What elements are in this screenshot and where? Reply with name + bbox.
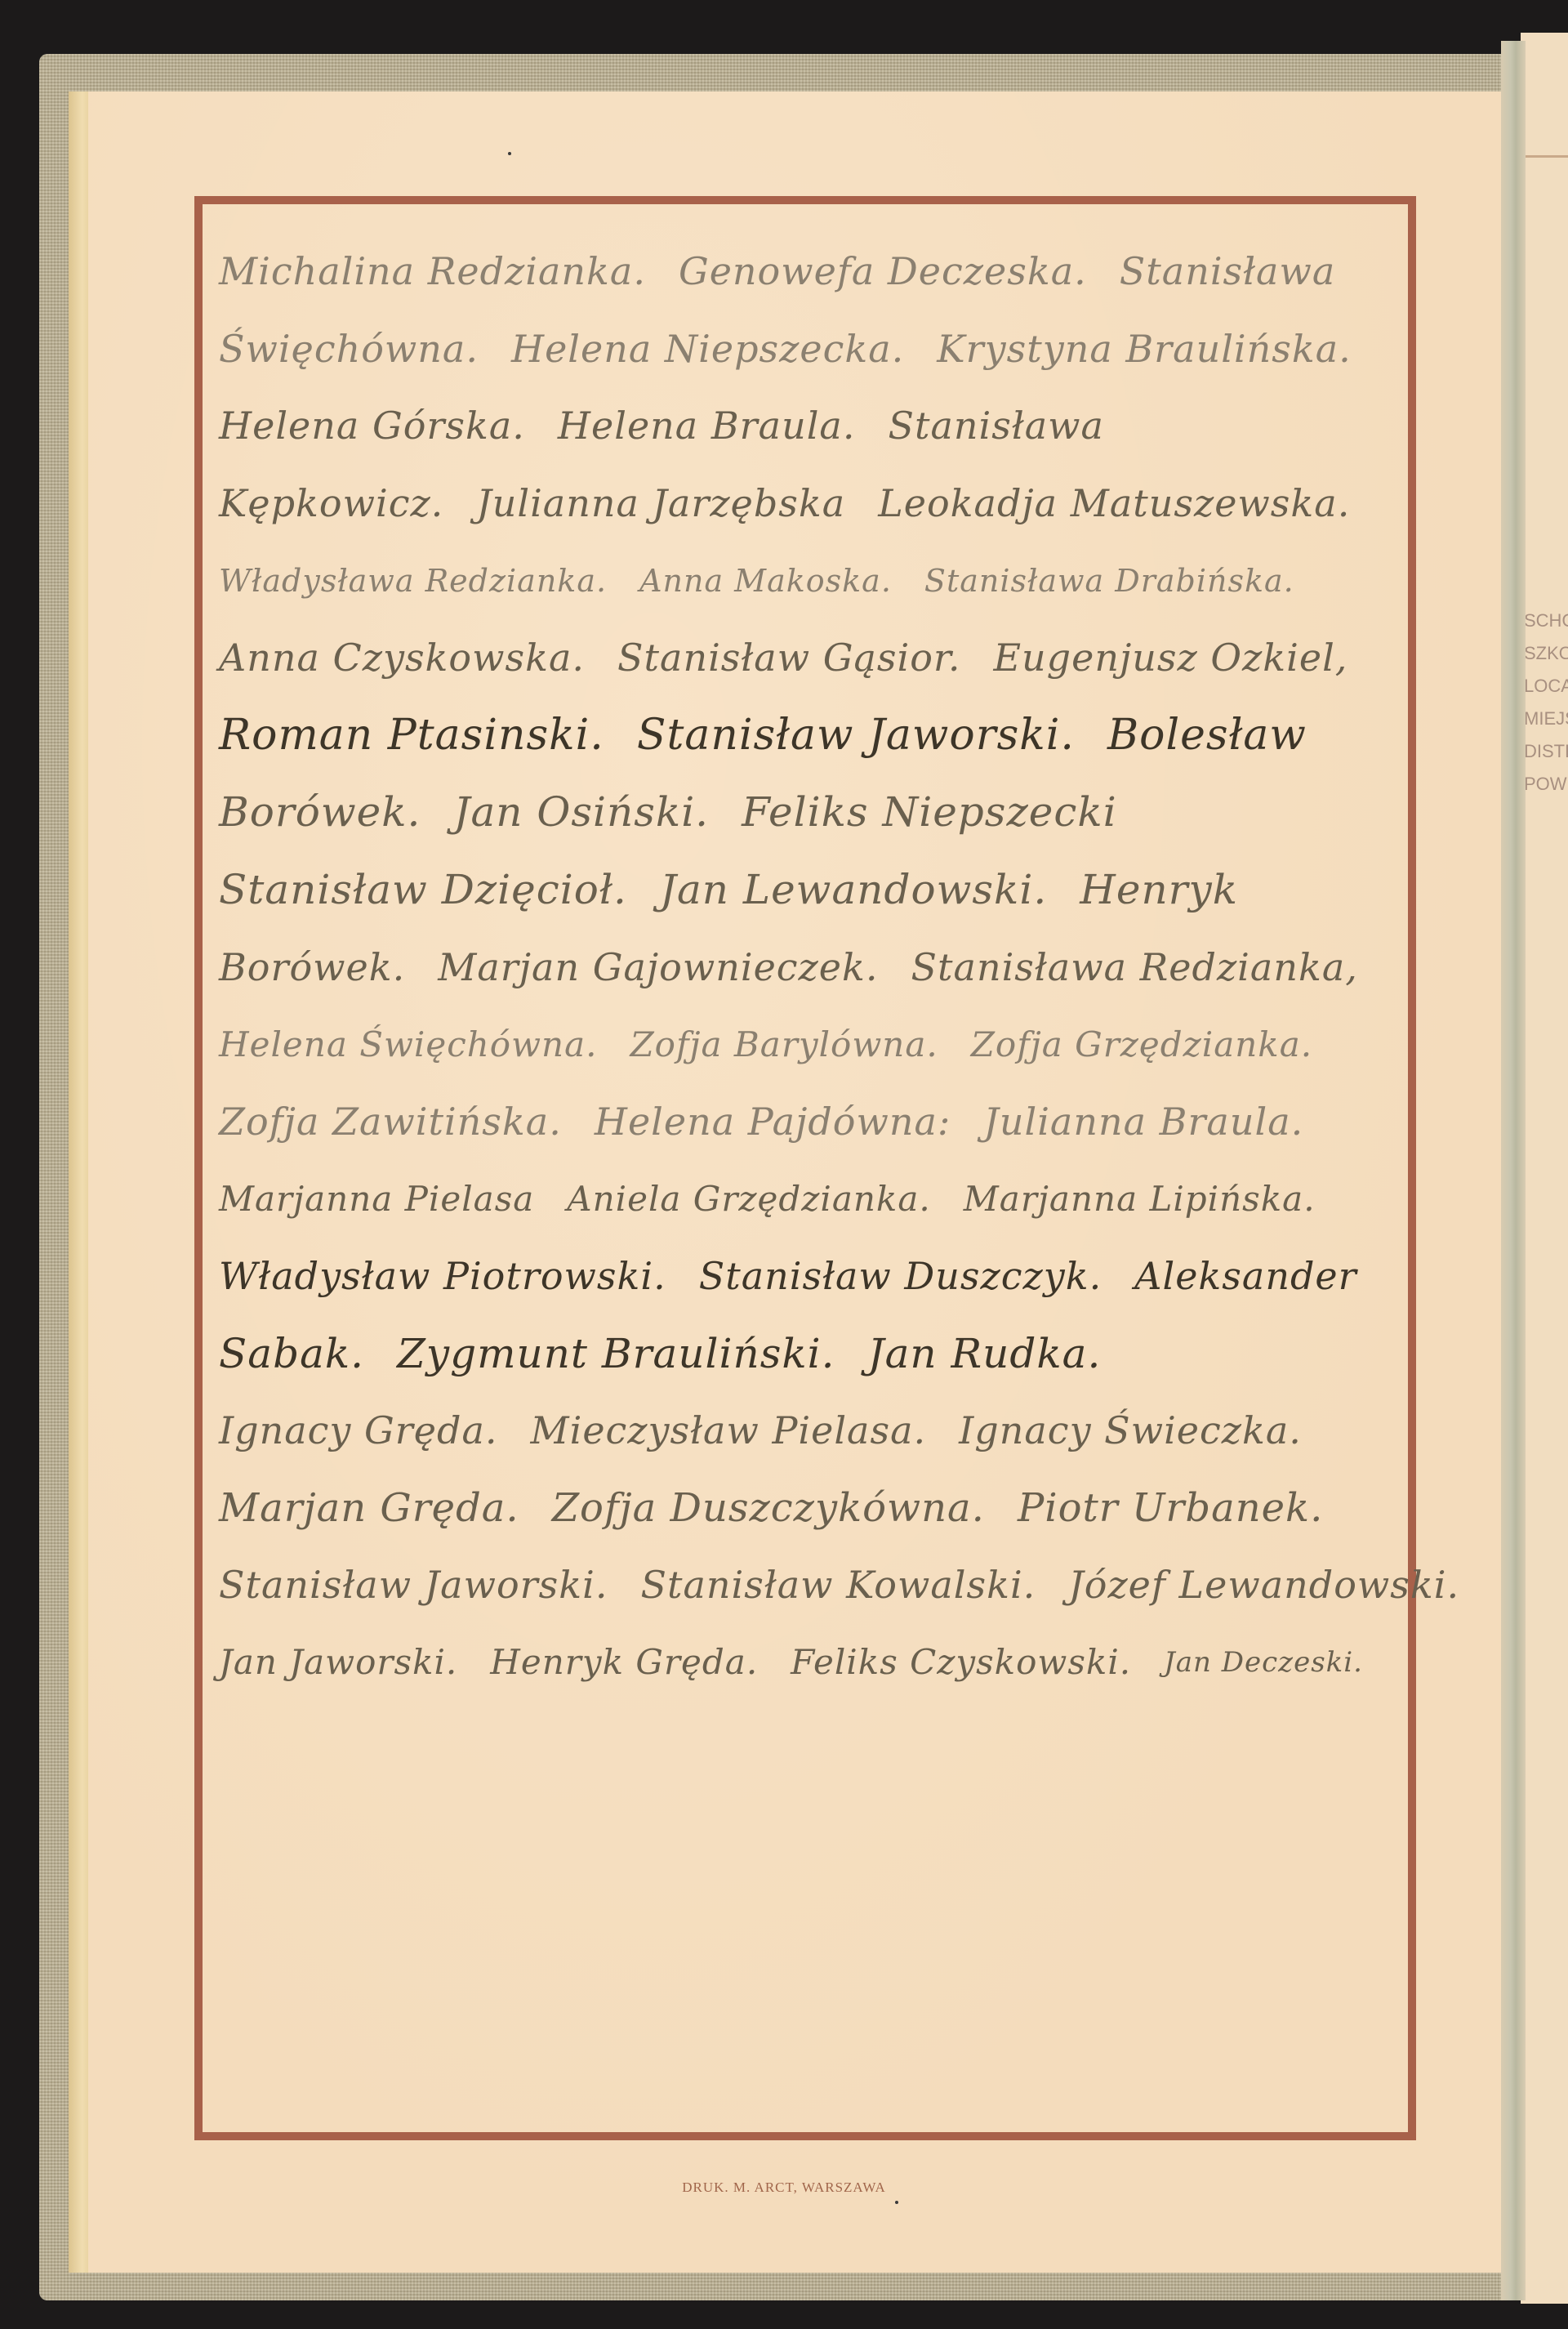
names-line-1: Michalina Redzianka. Genowefa Deczeska. …	[219, 233, 1468, 310]
name: Stanisław Jaworski.	[637, 711, 1075, 760]
name: Jan Deczeski.	[1164, 1646, 1363, 1679]
name: Bolesław	[1107, 711, 1307, 760]
name: Stanisława Drabińska.	[924, 563, 1294, 599]
names-line-7: Roman Ptasinski. Stanisław Jaworski. Bol…	[219, 697, 1468, 774]
names-list: Michalina Redzianka. Genowefa Deczeska. …	[219, 233, 1468, 1701]
ink-dot	[508, 152, 511, 155]
name: Feliks Niepszecki	[742, 788, 1117, 836]
name: Henryk	[1080, 866, 1238, 913]
name: Zofja Grzędzianka.	[971, 1024, 1312, 1064]
name: Genowefa Deczeska.	[679, 249, 1087, 293]
name: Roman Ptasinski.	[219, 711, 604, 760]
printer-imprint: DRUK. M. ARCT, WARSZAWA	[0, 2180, 1568, 2196]
ink-dot	[895, 2201, 898, 2204]
names-line-18: Stanisław Jaworski. Stanisław Kowalski. …	[219, 1546, 1468, 1624]
name: Marjanna Lipińska.	[964, 1179, 1316, 1219]
name: Władysława Redzianka.	[219, 563, 607, 599]
name: Marjanna Pielasa	[219, 1179, 534, 1219]
label-powiat: POWIAT	[1524, 768, 1568, 801]
names-line-13: Marjanna Pielasa Aniela Grzędzianka. Mar…	[219, 1160, 1468, 1238]
name: Anna Czyskowska.	[219, 636, 585, 680]
name: Helena Niepszecka.	[511, 327, 904, 371]
name: Jan Rudka.	[868, 1330, 1102, 1377]
label-miejscowosc: MIEJSCOWOŚĆ	[1524, 703, 1568, 735]
names-line-14: Władysław Piotrowski. Stanisław Duszczyk…	[219, 1238, 1468, 1315]
name: Feliks Czyskowski.	[791, 1642, 1131, 1682]
name: Borówek.	[219, 788, 421, 836]
name: Stanisław Duszczyk.	[699, 1254, 1102, 1298]
name: Sabak.	[219, 1330, 364, 1377]
names-line-12: Zofja Zawitińska. Helena Pajdówna: Julia…	[219, 1083, 1468, 1161]
name: Helena Górska.	[219, 404, 525, 448]
names-line-17: Marjan Gręda. Zofja Duszczykówna. Piotr …	[219, 1470, 1468, 1547]
name: Julianna Braula.	[983, 1100, 1303, 1144]
name: Jan Jaworski.	[219, 1642, 457, 1682]
name: Helena Święchówna.	[219, 1024, 597, 1064]
name: Eugenjusz Ozkiel,	[993, 636, 1347, 680]
adjacent-page-labels: SCHOOL SZKOŁA LOCALITY MIEJSCOWOŚĆ DISTR…	[1524, 310, 1568, 801]
name: Helena Braula.	[558, 404, 856, 448]
name: Julianna Jarzębska	[476, 481, 845, 525]
name: Jan Osiński.	[453, 788, 709, 836]
names-line-2: Święchówna. Helena Niepszecka. Krystyna …	[219, 310, 1468, 388]
name: Anna Makoska.	[639, 563, 892, 599]
label-school: SCHOOL	[1524, 605, 1568, 637]
names-line-11: Helena Święchówna. Zofja Barylówna. Zofj…	[219, 1006, 1468, 1083]
name: Zygmunt Brauliński.	[397, 1330, 835, 1377]
names-line-8: Borówek. Jan Osiński. Feliks Niepszecki	[219, 774, 1468, 851]
name: Henryk Gręda.	[490, 1642, 758, 1682]
name: Ignacy Świeczka.	[959, 1408, 1302, 1452]
name: Jan Lewandowski.	[660, 866, 1047, 913]
name: Ignacy Gręda.	[219, 1408, 498, 1452]
names-line-10: Borówek. Marjan Gajownieczek. Stanisława…	[219, 928, 1468, 1006]
names-line-19: Jan Jaworski. Henryk Gręda. Feliks Czysk…	[219, 1624, 1468, 1702]
name: Stanisław Kowalski.	[640, 1563, 1036, 1607]
name: Święchówna.	[219, 327, 479, 371]
book-gutter	[1501, 41, 1526, 2300]
names-line-4: Kępkowicz. Julianna Jarzębska Leokadja M…	[219, 465, 1468, 542]
name: Władysław Piotrowski.	[219, 1254, 666, 1298]
label-szkola: SZKOŁA	[1524, 637, 1568, 670]
label-locality: LOCALITY	[1524, 670, 1568, 703]
name: Krystyna Braulińska.	[937, 327, 1352, 371]
name: Kępkowicz.	[219, 481, 443, 525]
name: Stanisława	[1120, 249, 1336, 293]
names-line-9: Stanisław Dzięcioł. Jan Lewandowski. Hen…	[219, 851, 1468, 929]
names-line-3: Helena Górska. Helena Braula. Stanisława	[219, 387, 1468, 465]
name: Leokadja Matuszewska.	[878, 481, 1350, 525]
names-line-16: Ignacy Gręda. Mieczysław Pielasa. Ignacy…	[219, 1392, 1468, 1470]
name: Zofja Zawitińska.	[219, 1100, 562, 1144]
name: Aniela Grzędzianka.	[567, 1179, 930, 1219]
name: Stanisław Jaworski.	[219, 1563, 608, 1607]
name: Stanisława Redzianka,	[911, 945, 1358, 989]
names-line-6: Anna Czyskowska. Stanisław Gąsior. Eugen…	[219, 619, 1468, 697]
name: Michalina Redzianka.	[219, 249, 646, 293]
names-line-15: Sabak. Zygmunt Brauliński. Jan Rudka.	[219, 1314, 1468, 1392]
name: Zofja Barylówna.	[630, 1024, 938, 1064]
name: Stanisława	[888, 404, 1104, 448]
name: Piotr Urbanek.	[1018, 1485, 1323, 1531]
names-line-5: Władysława Redzianka. Anna Makoska. Stan…	[219, 542, 1468, 619]
name: Stanisław Dzięcioł.	[219, 866, 627, 913]
name: Zofja Duszczykówna.	[552, 1485, 985, 1531]
name: Stanisław Gąsior.	[617, 636, 960, 680]
name: Marjan Gręda.	[219, 1485, 519, 1531]
name: Aleksander	[1134, 1254, 1356, 1298]
name: Helena Pajdówna:	[595, 1100, 951, 1144]
label-district: DISTRICT	[1524, 735, 1568, 768]
name: Mieczysław Pielasa.	[531, 1408, 927, 1452]
name: Marjan Gajownieczek.	[438, 945, 878, 989]
name: Józef Lewandowski.	[1068, 1563, 1459, 1607]
name: Borówek.	[219, 945, 405, 989]
